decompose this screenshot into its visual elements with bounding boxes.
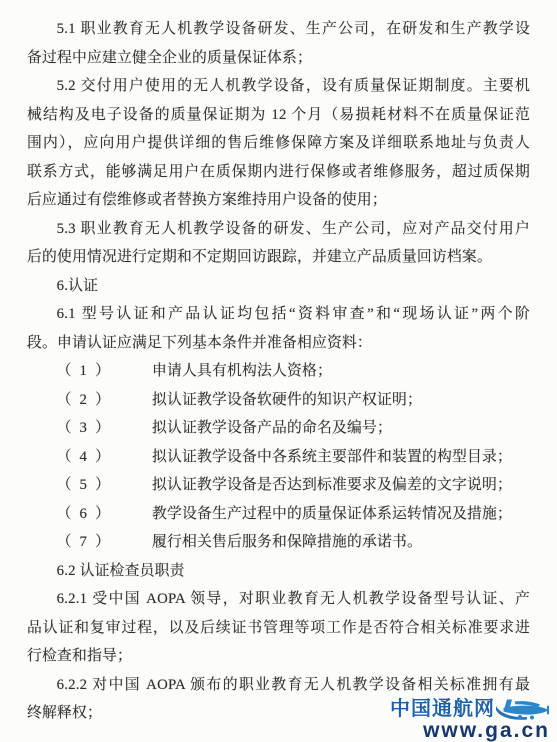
document-line: 5.1 职业教育无人机教学设备研发、生产公司，在研发和生产教学设 bbox=[27, 15, 530, 44]
document-line: 行检查和指导； bbox=[27, 642, 530, 671]
document-line: 械结构及电子设备的质量保证期为 12 个月（易损耗材料不在质量保证范 bbox=[27, 101, 530, 130]
list-item-number: （3） bbox=[57, 414, 124, 443]
list-item-text: 拟认证教学设备中各系统主要部件和装置的构型目录； bbox=[152, 449, 512, 465]
logo-site-url: www.ga.cn bbox=[390, 720, 550, 741]
logo-top-row: 中国通航网 bbox=[390, 698, 550, 719]
logo-site-name: 中国通航网 bbox=[390, 699, 495, 719]
document-line: 6.2.1 受中国 AOPA 领导，对职业教育无人机教学设备型号认证、产 bbox=[27, 585, 530, 614]
list-item: （2）拟认证教学设备软硬件的知识产权证明； bbox=[27, 386, 530, 415]
scanned-document-page: 5.1 职业教育无人机教学设备研发、生产公司，在研发和生产教学设 备过程中应建立… bbox=[0, 0, 557, 742]
list-item-number: （5） bbox=[57, 471, 124, 500]
list-item-text: 申请人具有机构法人资格； bbox=[152, 363, 332, 379]
document-line: 5.2 交付用户使用的无人机教学设备，设有质量保证期制度。主要机 bbox=[27, 72, 530, 101]
document-line: 备过程中应建立健全企业的质量保证体系； bbox=[27, 44, 530, 73]
document-line: 段。申请认证应满足下列基本条件并准备相应资料： bbox=[27, 329, 530, 358]
list-item-number: （6） bbox=[57, 500, 124, 529]
list-item-number: （7） bbox=[57, 528, 124, 557]
list-item: （5）拟认证教学设备是否达到标准要求及偏差的文字说明； bbox=[27, 471, 530, 500]
list-item-text: 拟认证教学设备是否达到标准要求及偏差的文字说明； bbox=[152, 477, 512, 493]
list-item: （3）拟认证教学设备产品的命名及编号； bbox=[27, 414, 530, 443]
list-item: （1）申请人具有机构法人资格； bbox=[27, 357, 530, 386]
ga-watermark-logo: 中国通航网 www.ga.cn bbox=[390, 698, 550, 741]
document-line: 围内），应向用户提供详细的售后维修保障方案及详细联系地址与负责人 bbox=[27, 129, 530, 158]
list-item-text: 拟认证教学设备产品的命名及编号； bbox=[152, 420, 392, 436]
section-heading: 6.认证 bbox=[27, 272, 530, 301]
document-line: 6.2.2 对中国 AOPA 颁布的职业教育无人机教学设备相关标准拥有最 bbox=[27, 671, 530, 700]
document-body: 5.1 职业教育无人机教学设备研发、生产公司，在研发和生产教学设 备过程中应建立… bbox=[27, 15, 530, 728]
list-item-number: （2） bbox=[57, 386, 124, 415]
document-line: 品认证和复审过程，以及后续证书管理等项工作是否符合相关标准要求进 bbox=[27, 614, 530, 643]
list-item-number: （1） bbox=[57, 357, 124, 386]
list-item-text: 拟认证教学设备软硬件的知识产权证明； bbox=[152, 392, 422, 408]
list-item: （6）教学设备生产过程中的质量保证体系运转情况及措施； bbox=[27, 500, 530, 529]
document-line: 后应通过有偿维修或者替换方案维持用户设备的使用； bbox=[27, 186, 530, 215]
list-item-text: 教学设备生产过程中的质量保证体系运转情况及措施； bbox=[152, 506, 512, 522]
document-line: 联系方式，能够满足用户在质保期内进行保修或者维修服务，超过质保期 bbox=[27, 158, 530, 187]
section-heading: 6.2 认证检查员职责 bbox=[27, 557, 530, 586]
list-item-number: （4） bbox=[57, 443, 124, 472]
document-line: 后的使用情况进行定期和不定期回访跟踪，并建立产品质量回访档案。 bbox=[27, 243, 530, 272]
document-line: 5.3 职业教育无人机教学设备的研发、生产公司，应对产品交付用户 bbox=[27, 215, 530, 244]
list-item: （7）履行相关售后服务和保障措施的承诺书。 bbox=[27, 528, 530, 557]
list-item-text: 履行相关售后服务和保障措施的承诺书。 bbox=[152, 534, 422, 550]
document-line: 6.1 型号认证和产品认证均包括“资料审查”和“现场认证”两个阶 bbox=[27, 300, 530, 329]
list-item: （4）拟认证教学设备中各系统主要部件和装置的构型目录； bbox=[27, 443, 530, 472]
